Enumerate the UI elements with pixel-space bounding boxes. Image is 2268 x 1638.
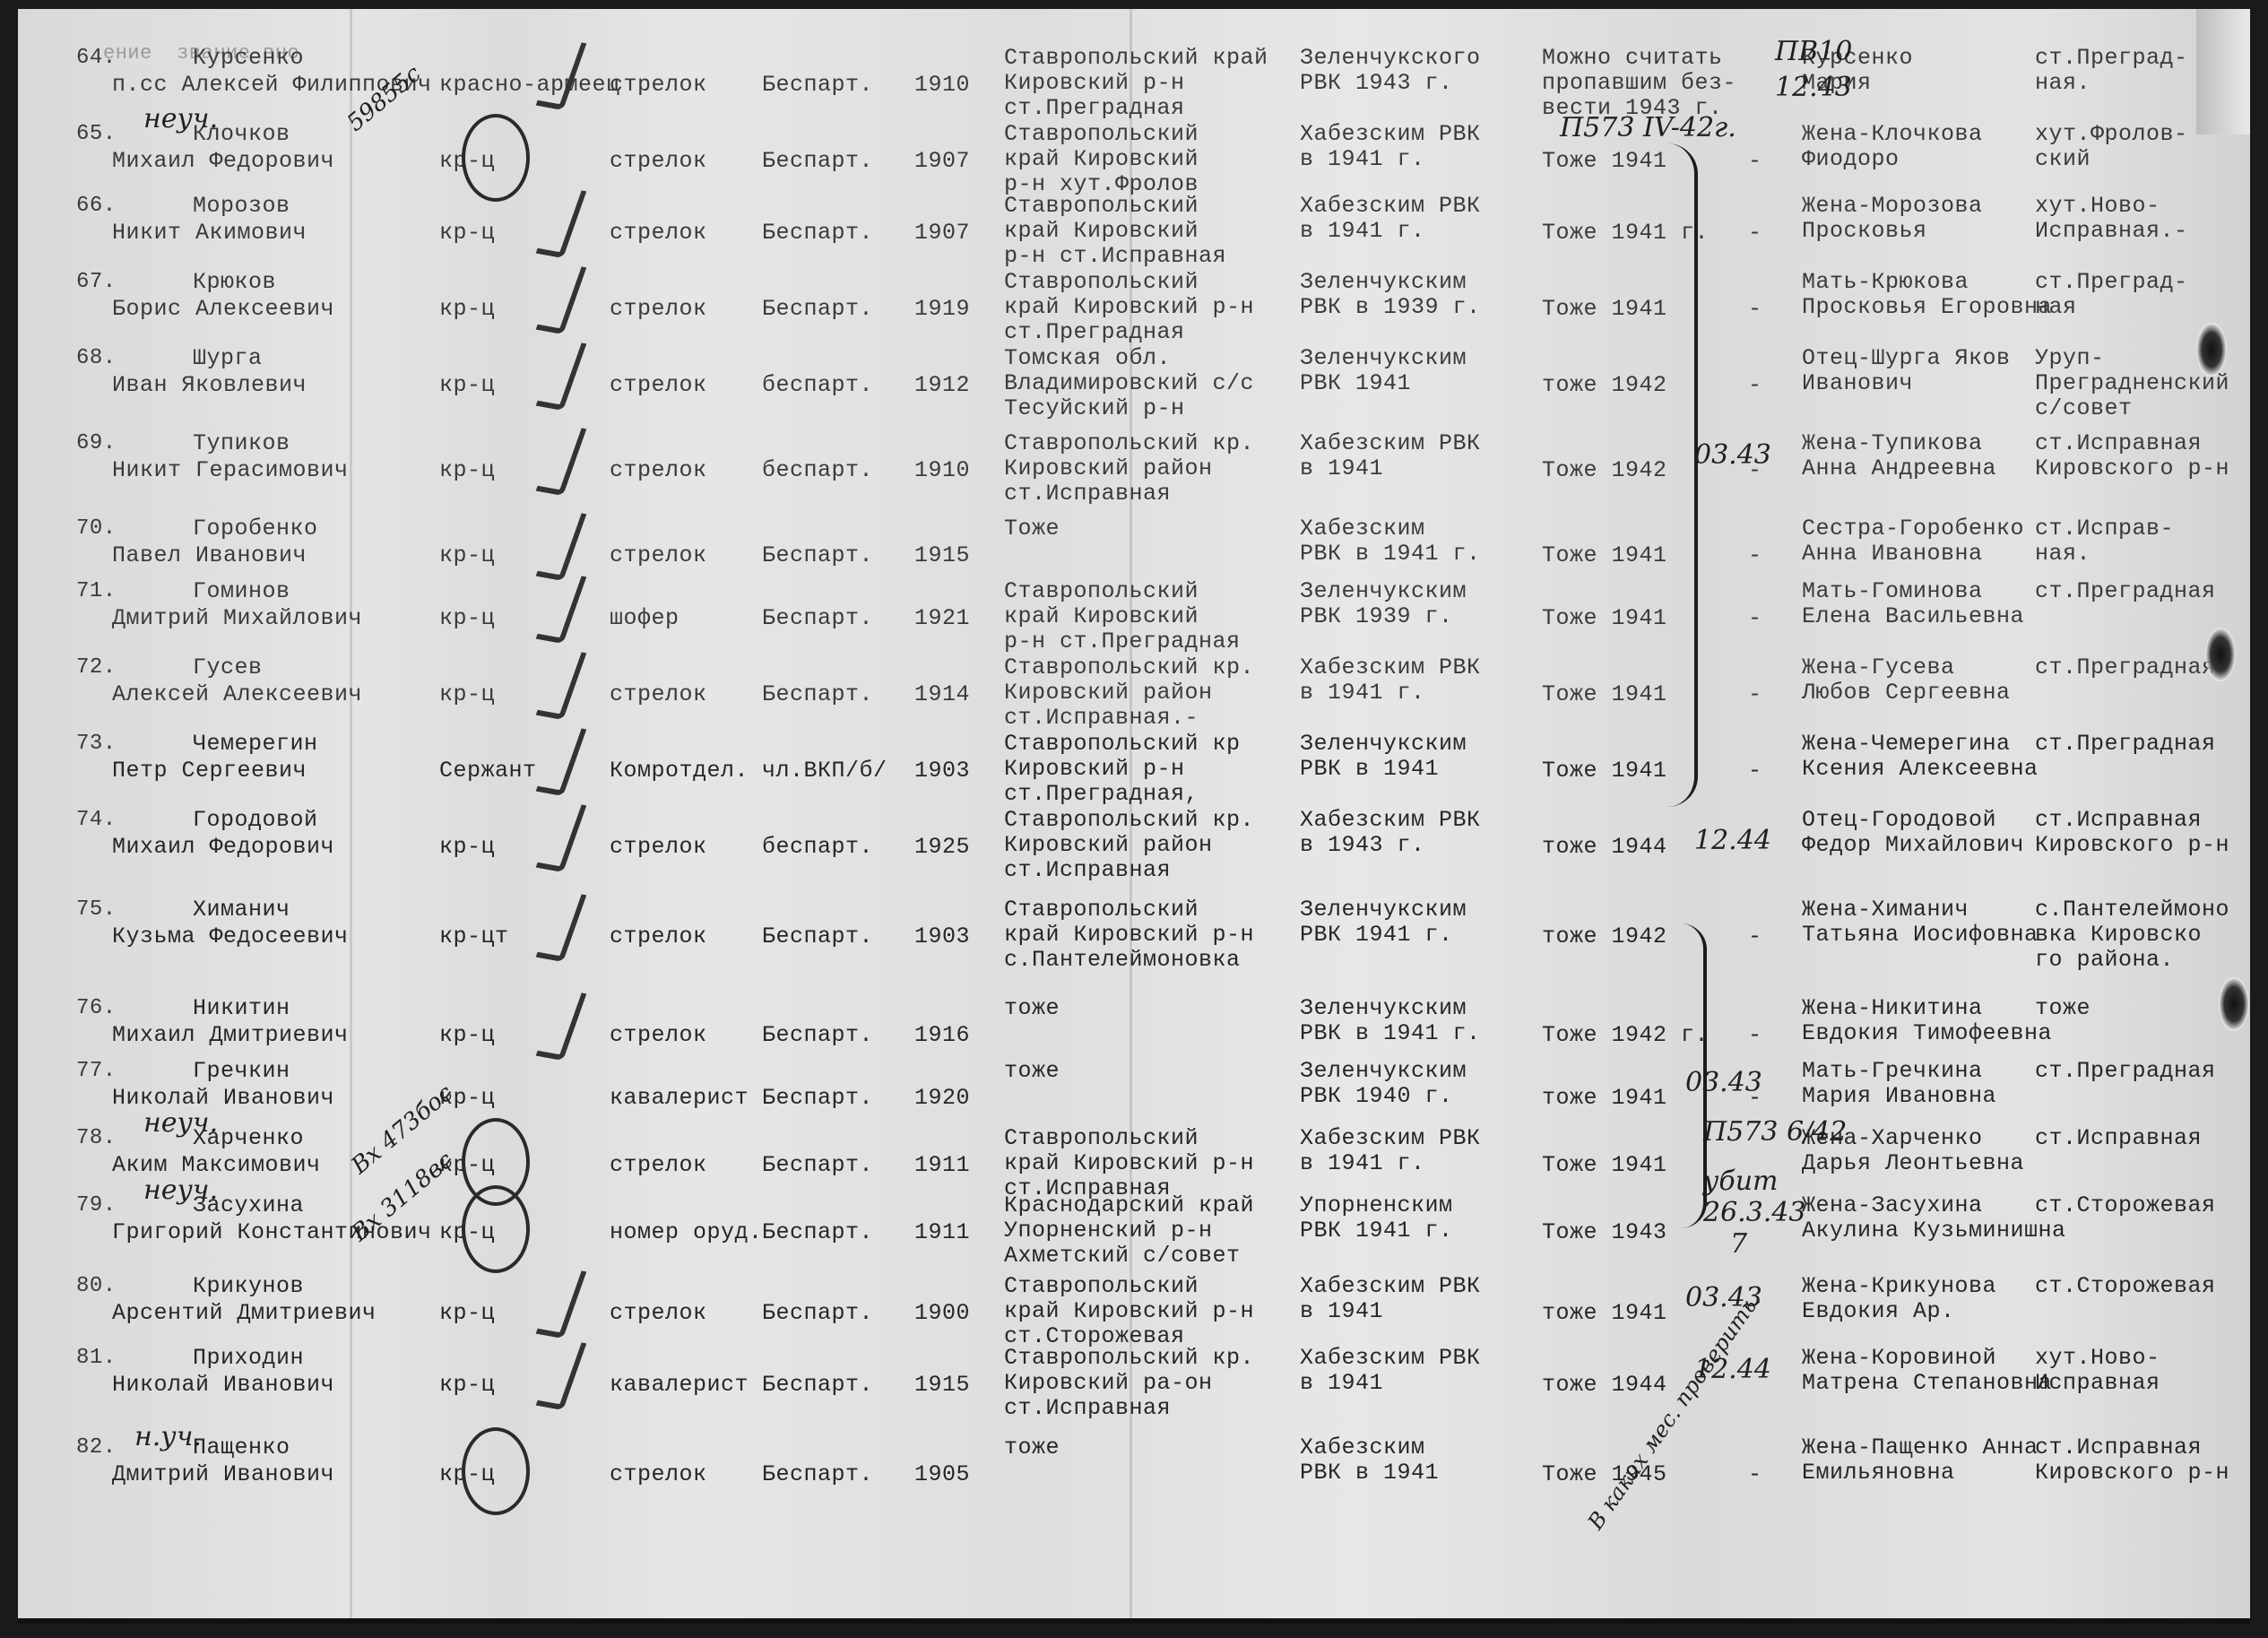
cell-year: 1903 <box>914 758 970 784</box>
cell-dash: - <box>1748 758 1762 784</box>
cell-relative-line: Жена-Гусева <box>1802 654 1955 681</box>
cell-birthplace-line: Ставропольский <box>1004 897 1199 923</box>
cell-name: Дмитрий Иванович <box>112 1461 334 1488</box>
cell-fate-line: Тоже 1943 <box>1542 1219 1667 1246</box>
cell-address-line: ная. <box>2035 70 2091 97</box>
cell-party: Беспарт. <box>762 1022 873 1049</box>
cell-birthplace-line: ст.Исправная <box>1004 857 1171 884</box>
cell-year: 1910 <box>914 72 970 99</box>
handwritten-note: неуч. <box>143 103 218 134</box>
cell-drafted-line: Зеленчукским <box>1300 345 1467 372</box>
cell-drafted-line: Хабезским РВК <box>1300 807 1481 834</box>
cell-relative-line: Фиодоро <box>1802 146 1900 173</box>
cell-drafted-line: Хабезским <box>1300 1434 1425 1461</box>
cell-year: 1911 <box>914 1152 970 1179</box>
cell-drafted-line: РВК в 1941 <box>1300 1460 1439 1486</box>
cell-birthplace-line: Ставропольский кр. <box>1004 1345 1254 1372</box>
cell-drafted-line: Хабезским РВК <box>1300 1273 1481 1300</box>
cell-address-line: с/совет <box>2035 395 2133 422</box>
cell-birthplace-line: ст.Преградная <box>1004 95 1185 122</box>
handwritten-note: неуч. <box>143 1174 218 1206</box>
cell-relative-line: Дарья Леонтьевна <box>1802 1150 2024 1177</box>
cell-drafted-line: Зеленчукским <box>1300 995 1467 1022</box>
cell-no: 65. <box>76 121 117 148</box>
cell-birthplace-line: Ставропольский край <box>1004 45 1268 72</box>
cell-relative-line: Сестра-Горобенко <box>1802 516 2024 542</box>
cell-relative-line: Жена-Никитина <box>1802 995 1983 1022</box>
cell-drafted-line: Зеленчукским <box>1300 897 1467 923</box>
cell-relative-line: Ксения Алексеевна <box>1802 756 2039 783</box>
cell-address-line: хут.Ново- <box>2035 1345 2160 1372</box>
cell-fate-line: пропавшим без- <box>1542 70 1736 97</box>
cell-drafted-line: Хабезским РВК <box>1300 430 1481 457</box>
cell-fate-line: Тоже 1941 <box>1542 296 1667 323</box>
cell-address-line: хут.Ново- <box>2035 193 2160 220</box>
cell-name: Никит Герасимович <box>112 457 349 484</box>
handwritten-note: н.уч. <box>134 1421 202 1452</box>
cell-position: стрелок <box>610 834 707 861</box>
checkmark-icon <box>536 424 587 496</box>
cell-birthplace-line: Ставропольский <box>1004 121 1199 148</box>
cell-birthplace-line: Кировский р-н <box>1004 70 1185 97</box>
cell-name: Петр Сергеевич <box>112 758 307 784</box>
cell-address-line: Исправная <box>2035 1370 2160 1397</box>
cell-relative-line: Федор Михайлович <box>1802 832 2024 859</box>
cell-relative-line: Жена-Химанич <box>1802 897 1969 923</box>
cell-no: 67. <box>76 269 117 296</box>
cell-year: 1905 <box>914 1461 970 1488</box>
cell-birthplace-line: край Кировский <box>1004 603 1199 630</box>
cell-dash: - <box>1748 220 1762 247</box>
cell-year: 1921 <box>914 605 970 632</box>
cell-drafted-line: РВК 1941 <box>1300 370 1411 397</box>
cell-birthplace-line: Ставропольский <box>1004 269 1199 296</box>
cell-drafted-line: РВК 1941 г. <box>1300 922 1453 949</box>
cell-birthplace-line: Ставропольский <box>1004 193 1199 220</box>
cell-position: стрелок <box>610 148 707 175</box>
paper-damage <box>2205 628 2236 681</box>
cell-birthplace-line: Кировский район <box>1004 680 1213 706</box>
cell-birthplace-line: Кировский ра-он <box>1004 1370 1213 1397</box>
cell-no: 73. <box>76 731 117 758</box>
cell-party: Беспарт. <box>762 1152 873 1179</box>
cell-position: стрелок <box>610 681 707 708</box>
cell-address-line: Кировского р-н <box>2035 455 2229 482</box>
cell-year: 1912 <box>914 372 970 399</box>
cell-birthplace-line: ст.Преградная, <box>1004 781 1199 808</box>
cell-party: Беспарт. <box>762 220 873 247</box>
cell-position: кавалерист <box>610 1085 749 1112</box>
cell-address-line: Исправная.- <box>2035 218 2188 245</box>
cell-rank: кр-ц <box>439 834 495 861</box>
cell-fate-line: Тоже 1941 <box>1542 758 1667 784</box>
cell-birthplace-line: Владимировский с/с <box>1004 370 1254 397</box>
cell-year: 1916 <box>914 1022 970 1049</box>
cell-address-line: ский <box>2035 146 2091 173</box>
cell-birthplace-line: Тоже <box>1004 516 1060 542</box>
cell-birthplace-line: край Кировский <box>1004 146 1199 173</box>
checkmark-icon <box>536 989 587 1061</box>
cell-year: 1900 <box>914 1300 970 1327</box>
cell-address-line: ст.Преград- <box>2035 269 2188 296</box>
bracket-mark <box>1667 143 1698 807</box>
cell-year: 1915 <box>914 1372 970 1399</box>
checkmark-icon <box>536 572 587 644</box>
checkmark-icon <box>536 1267 587 1339</box>
cell-relative-line: Жена-Коровиной <box>1802 1345 1996 1372</box>
cell-address-line: ст.Преградная <box>2035 578 2216 605</box>
handwritten-note: неуч. <box>143 1107 218 1139</box>
cell-birthplace-line: р-н ст.Преградная <box>1004 628 1241 655</box>
cell-no: 72. <box>76 654 117 681</box>
cell-position: стрелок <box>610 923 707 950</box>
cell-relative-line: Мать-Гоминова <box>1802 578 1983 605</box>
cell-surname: Гоминов <box>193 578 290 605</box>
cell-address-line: ст.Преградная <box>2035 1058 2216 1085</box>
cell-rank: кр-ц <box>439 542 495 569</box>
cell-year: 1911 <box>914 1219 970 1246</box>
cell-surname: Крюков <box>193 269 276 296</box>
cell-party: беспарт. <box>762 834 873 861</box>
cell-birthplace-line: ст.Преградная <box>1004 319 1185 346</box>
handwritten-note: 03.43 <box>1694 439 1771 471</box>
cell-birthplace-line: р-н ст.Исправная <box>1004 243 1226 270</box>
handwritten-note: П573 6/42 <box>1703 1116 1847 1148</box>
cell-address-line: ст.Преградная <box>2035 654 2216 681</box>
cell-address-line: Кировского р-н <box>2035 1460 2229 1486</box>
document-page: ение звание-вно 64.Курсенкоп.сс Алексей … <box>18 9 2250 1624</box>
cell-surname: Морозов <box>193 193 290 220</box>
handwritten-note: П573 IV-42г. <box>1560 112 1736 143</box>
cell-address-line: тоже <box>2035 995 2091 1022</box>
cell-birthplace-line: ст.Исправная.- <box>1004 705 1199 732</box>
cell-birthplace-line: тоже <box>1004 1434 1060 1461</box>
cell-year: 1914 <box>914 681 970 708</box>
cell-no: 68. <box>76 345 117 372</box>
cell-year: 1907 <box>914 148 970 175</box>
cell-address-line: ст.Преградная <box>2035 731 2216 758</box>
cell-drafted-line: РВК в 1941 <box>1300 756 1439 783</box>
cell-drafted-line: РВК 1939 г. <box>1300 603 1453 630</box>
cell-rank: кр-ц <box>439 1022 495 1049</box>
cell-year: 1920 <box>914 1085 970 1112</box>
cell-relative-line: Жена-Пащенко Анна <box>1802 1434 2039 1461</box>
cell-position: стрелок <box>610 1461 707 1488</box>
cell-surname: Чемерегин <box>193 731 318 758</box>
cell-rank: красно-армеец <box>439 72 620 99</box>
cell-rank: кр-ц <box>439 681 495 708</box>
cell-rank: Сержант <box>439 758 537 784</box>
cell-birthplace-line: край Кировский р-н <box>1004 1298 1254 1325</box>
cell-drafted-line: Хабезским <box>1300 516 1425 542</box>
cell-year: 1910 <box>914 457 970 484</box>
cell-no: 81. <box>76 1345 117 1372</box>
paper-damage <box>2219 977 2249 1031</box>
cell-year: 1907 <box>914 220 970 247</box>
cell-party: чл.ВКП/б/ <box>762 758 887 784</box>
bracket-mark <box>1681 923 1707 1228</box>
cell-relative-line: Жена-Морозова <box>1802 193 1983 220</box>
cell-birthplace-line: Ставропольский <box>1004 1125 1199 1152</box>
torn-corner <box>2196 9 2250 134</box>
cell-party: беспарт. <box>762 457 873 484</box>
cell-dash: - <box>1748 923 1762 950</box>
cell-position: стрелок <box>610 1022 707 1049</box>
cell-no: 75. <box>76 897 117 923</box>
cell-fate-line: Тоже 1941 <box>1542 542 1667 569</box>
cell-surname: Курсенко <box>193 45 304 72</box>
cell-birthplace-line: Ставропольский <box>1004 578 1199 605</box>
circle-mark-icon <box>462 1427 530 1515</box>
cell-drafted-line: в 1941 г. <box>1300 218 1425 245</box>
cell-position: стрелок <box>610 542 707 569</box>
cell-name: Дмитрий Михайлович <box>112 605 362 632</box>
cell-surname: Городовой <box>193 807 318 834</box>
cell-drafted-line: в 1941 г. <box>1300 680 1425 706</box>
cell-rank: кр-ц <box>439 1300 495 1327</box>
cell-address-line: ст.Исправная <box>2035 807 2202 834</box>
cell-address-line: ст.Исправ- <box>2035 516 2174 542</box>
cell-drafted-line: Зеленчукским <box>1300 731 1467 758</box>
cell-position: стрелок <box>610 1300 707 1327</box>
cell-rank: кр-цт <box>439 923 509 950</box>
cell-no: 70. <box>76 516 117 542</box>
cell-address-line: го района. <box>2035 947 2174 974</box>
cell-drafted-line: РВК в 1939 г. <box>1300 294 1481 321</box>
cell-rank: кр-ц <box>439 372 495 399</box>
cell-name: Михаил Дмитриевич <box>112 1022 349 1049</box>
cell-address-line: ст.Исправная <box>2035 1434 2202 1461</box>
cell-name: Павел Иванович <box>112 542 307 569</box>
cell-birthplace-line: край Кировский р-н <box>1004 294 1254 321</box>
cell-dash: - <box>1748 605 1762 632</box>
cell-dash: - <box>1748 148 1762 175</box>
handwritten-note: 26.3.43 <box>1703 1197 1806 1228</box>
cell-birthplace-line: край Кировский р-н <box>1004 1150 1254 1177</box>
cell-address-line: вка Кировско <box>2035 922 2202 949</box>
cell-drafted-line: РВК 1941 г. <box>1300 1218 1453 1244</box>
cell-drafted-line: РВК 1943 г. <box>1300 70 1453 97</box>
cell-relative-line: Елена Васильевна <box>1802 603 2024 630</box>
cell-party: Беспарт. <box>762 72 873 99</box>
cell-rank: кр-ц <box>439 457 495 484</box>
cell-relative-line: Матрена Степановна <box>1802 1370 2052 1397</box>
cell-birthplace-line: Ставропольский кр <box>1004 731 1241 758</box>
cell-address-line: Уруп- <box>2035 345 2105 372</box>
cell-name: Николай Иванович <box>112 1372 334 1399</box>
cell-relative-line: Просковья Егоровна <box>1802 294 2052 321</box>
cell-drafted-line: Хабезским РВК <box>1300 193 1481 220</box>
cell-surname: Тупиков <box>193 430 290 457</box>
cell-drafted-line: Зеленчукским <box>1300 269 1467 296</box>
cell-rank: кр-ц <box>439 1372 495 1399</box>
cell-drafted-line: в 1941 <box>1300 455 1383 482</box>
cell-fate-line: тоже 1941 <box>1542 1300 1667 1327</box>
cell-drafted-line: в 1941 <box>1300 1298 1383 1325</box>
cell-surname: Гречкин <box>193 1058 290 1085</box>
cell-position: стрелок <box>610 457 707 484</box>
cell-birthplace-line: Кировский р-н <box>1004 756 1185 783</box>
cell-party: Беспарт. <box>762 1085 873 1112</box>
checkmark-icon <box>536 186 587 258</box>
cell-fate-line: Тоже 1942 <box>1542 457 1667 484</box>
cell-address-line: ст.Исправная <box>2035 430 2202 457</box>
cell-position: шофер <box>610 605 680 632</box>
cell-birthplace-line: Ставропольский кр. <box>1004 807 1254 834</box>
cell-drafted-line: в 1941 г. <box>1300 146 1425 173</box>
cell-party: Беспарт. <box>762 1300 873 1327</box>
paper-damage <box>2196 323 2227 377</box>
cell-fate-line: Можно считать <box>1542 45 1723 72</box>
cell-address-line: ст.Сторожевая <box>2035 1273 2216 1300</box>
cell-name: Арсентий Дмитриевич <box>112 1300 377 1327</box>
cell-relative-line: Емильяновна <box>1802 1460 1955 1486</box>
cell-relative-line: Анна Ивановна <box>1802 541 1983 568</box>
cell-birthplace-line: Кировский район <box>1004 455 1213 482</box>
cell-drafted-line: Зеленчукским <box>1300 1058 1467 1085</box>
checkmark-icon <box>536 648 587 720</box>
cell-surname: Приходин <box>193 1345 304 1372</box>
cell-drafted-line: Зеленчукского <box>1300 45 1481 72</box>
cell-surname: Крикунов <box>193 1273 304 1300</box>
cell-drafted-line: Хабезским РВК <box>1300 654 1481 681</box>
cell-relative-line: Евдокия Ар. <box>1802 1298 1955 1325</box>
cell-birthplace-line: тоже <box>1004 1058 1060 1085</box>
checkmark-icon <box>536 339 587 411</box>
handwritten-note: 12.43 <box>1775 72 1852 103</box>
cell-position: кавалерист <box>610 1372 749 1399</box>
checkmark-icon <box>536 1339 587 1410</box>
cell-birthplace-line: Ахметский с/совет <box>1004 1243 1241 1270</box>
cell-birthplace-line: край Кировский <box>1004 218 1199 245</box>
cell-position: стрелок <box>610 1152 707 1179</box>
cell-party: Беспарт. <box>762 542 873 569</box>
cell-name: Михаил Федорович <box>112 834 334 861</box>
cell-drafted-line: в 1941 <box>1300 1370 1383 1397</box>
cell-rank: кр-ц <box>439 605 495 632</box>
cell-birthplace-line: Тесуйский р-н <box>1004 395 1185 422</box>
handwritten-note: ПВ10 <box>1775 36 1852 67</box>
cell-birthplace-line: Ставропольский кр. <box>1004 654 1254 681</box>
cell-relative-line: Жена-Крикунова <box>1802 1273 1996 1300</box>
handwritten-note: 7 <box>1730 1228 1747 1260</box>
cell-address-line: с.Пантелеймоно <box>2035 897 2229 923</box>
cell-relative-line: Отец-Городовой <box>1802 807 1996 834</box>
cell-surname: Шурга <box>193 345 263 372</box>
cell-relative-line: Жена-Тупикова <box>1802 430 1983 457</box>
cell-drafted-line: РВК в 1941 г. <box>1300 541 1481 568</box>
cell-address-line: Кировского р-н <box>2035 832 2229 859</box>
cell-no: 66. <box>76 193 117 220</box>
cell-position: стрелок <box>610 72 707 99</box>
cell-address-line: ная. <box>2035 541 2091 568</box>
cell-relative-line: Мария Ивановна <box>1802 1083 1996 1110</box>
cell-fate-line: тоже 1944 <box>1542 834 1667 861</box>
cell-no: 74. <box>76 807 117 834</box>
checkmark-icon <box>536 890 587 962</box>
cell-party: Беспарт. <box>762 605 873 632</box>
cell-address-line: ст.Преград- <box>2035 45 2188 72</box>
cell-fate-line: Тоже 1941 <box>1542 1152 1667 1179</box>
cell-birthplace-line: с.Пантелеймоновка <box>1004 947 1241 974</box>
cell-drafted-line: в 1941 г. <box>1300 1150 1425 1177</box>
cell-no: 64. <box>76 45 117 72</box>
cell-name: Алексей Алексеевич <box>112 681 362 708</box>
cell-dash: - <box>1748 1461 1762 1488</box>
cell-name: Кузьма Федосеевич <box>112 923 349 950</box>
cell-name: Борис Алексеевич <box>112 296 334 323</box>
cell-birthplace-line: Кировский район <box>1004 832 1213 859</box>
cell-party: Беспарт. <box>762 296 873 323</box>
cell-name: Никит Акимович <box>112 220 307 247</box>
cell-year: 1915 <box>914 542 970 569</box>
cell-surname: Гусев <box>193 654 263 681</box>
cell-address-line: хут.Фролов- <box>2035 121 2188 148</box>
cell-relative-line: Евдокия Тимофеевна <box>1802 1020 2052 1047</box>
cell-relative-line: Анна Андреевна <box>1802 455 1996 482</box>
cell-fate-line: Тоже 1941 <box>1542 681 1667 708</box>
cell-party: Беспарт. <box>762 923 873 950</box>
cell-fate-line: тоже 1942 <box>1542 372 1667 399</box>
cell-dash: - <box>1748 681 1762 708</box>
cell-birthplace-line: Краснодарский край <box>1004 1192 1254 1219</box>
cell-address-line: ст.Сторожевая <box>2035 1192 2216 1219</box>
cell-drafted-line: Хабезским РВК <box>1300 121 1481 148</box>
checkmark-icon <box>536 509 587 581</box>
cell-birthplace-line: ст.Исправная <box>1004 1395 1171 1422</box>
cell-surname: Химанич <box>193 897 290 923</box>
cell-surname: Горобенко <box>193 516 318 542</box>
cell-no: 71. <box>76 578 117 605</box>
cell-dash: - <box>1748 1022 1762 1049</box>
cell-address-line: Преградненский <box>2035 370 2229 397</box>
cell-surname: Пащенко <box>193 1434 290 1461</box>
cell-dash: - <box>1748 372 1762 399</box>
circle-mark-icon <box>462 1185 530 1273</box>
handwritten-note: 12.44 <box>1694 825 1771 856</box>
cell-fate-line: тоже 1944 <box>1542 1372 1667 1399</box>
cell-party: Беспарт. <box>762 1372 873 1399</box>
cell-no: 79. <box>76 1192 117 1219</box>
cell-address-line: ная <box>2035 294 2077 321</box>
checkmark-icon <box>536 801 587 872</box>
cell-birthplace-line: край Кировский р-н <box>1004 922 1254 949</box>
cell-no: 80. <box>76 1273 117 1300</box>
checkmark-icon <box>536 724 587 796</box>
cell-drafted-line: РВК 1940 г. <box>1300 1083 1453 1110</box>
cell-relative-line: Татьяна Иосифовна <box>1802 922 2039 949</box>
cell-birthplace-line: тоже <box>1004 995 1060 1022</box>
cell-drafted-line: РВК в 1941 г. <box>1300 1020 1481 1047</box>
cell-relative-line: Жена-Клочкова <box>1802 121 1983 148</box>
cell-party: беспарт. <box>762 372 873 399</box>
cell-dash: - <box>1748 296 1762 323</box>
cell-relative-line: Акулина Кузьминишна <box>1802 1218 2066 1244</box>
cell-drafted-line: в 1943 г. <box>1300 832 1425 859</box>
cell-no: 78. <box>76 1125 117 1152</box>
cell-party: Беспарт. <box>762 1219 873 1246</box>
cell-birthplace-line: Упорненский р-н <box>1004 1218 1213 1244</box>
fold-line <box>350 9 352 1618</box>
cell-fate-line: тоже 1941 <box>1542 1085 1667 1112</box>
cell-party: Беспарт. <box>762 148 873 175</box>
cell-fate-line: тоже 1942 <box>1542 923 1667 950</box>
cell-year: 1925 <box>914 834 970 861</box>
handwritten-note: убит <box>1703 1166 1778 1197</box>
circle-mark-icon <box>462 114 530 202</box>
cell-relative-line: Любов Сергеевна <box>1802 680 2011 706</box>
cell-relative-line: Отец-Шурга Яков <box>1802 345 2011 372</box>
